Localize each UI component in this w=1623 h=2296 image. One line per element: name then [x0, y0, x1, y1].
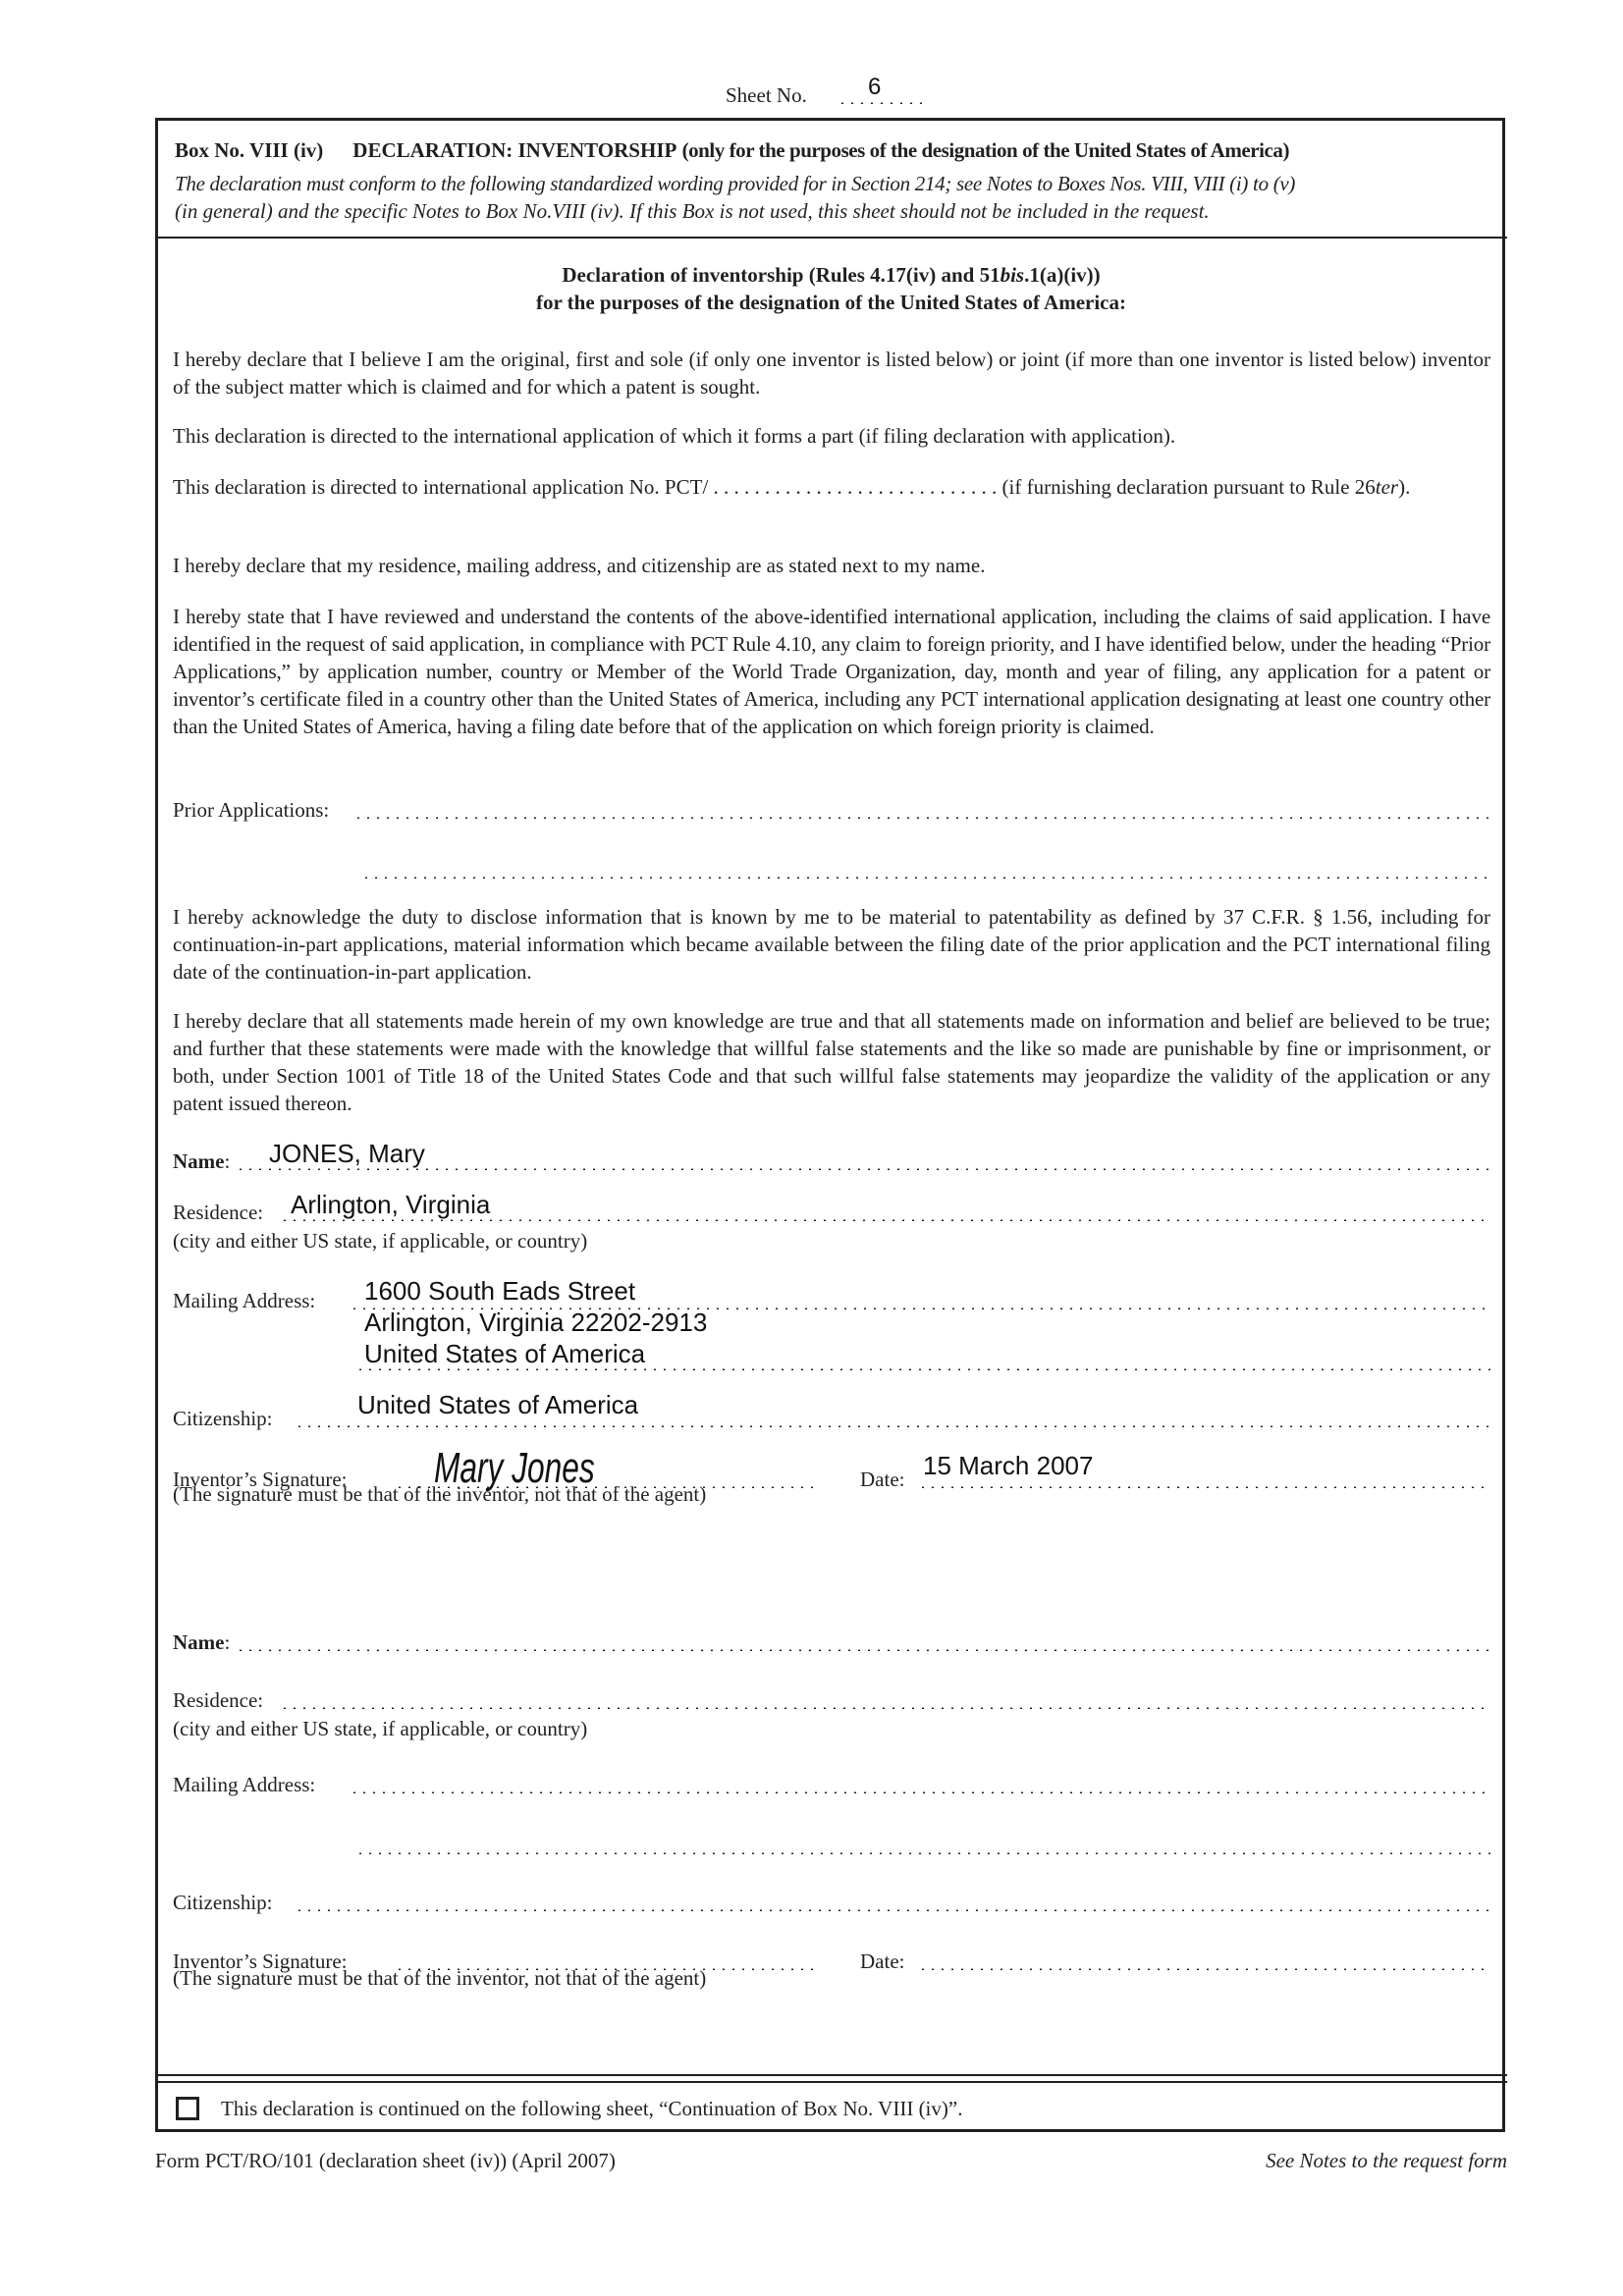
inventor-2-date-label: Date: [860, 1949, 906, 1974]
form-identifier: Form PCT/RO/101 (declaration sheet (iv))… [155, 2148, 616, 2173]
box-instructions-line-2: (in general) and the specific Notes to B… [175, 197, 1490, 225]
inventor-1-residence-label: Residence: [173, 1200, 265, 1225]
inventor-1-name-field[interactable]: JONES, Mary [269, 1139, 425, 1168]
inventor-2-mailing-line-2[interactable] [364, 1796, 1484, 1826]
inventor-2-date-field[interactable] [923, 1939, 1483, 1968]
inventor-2-residence-leader [280, 1707, 1490, 1709]
box-header: Box No. VIII (iv)DECLARATION: INVENTORSH… [175, 137, 1490, 163]
inventor-1-mailing-line-1[interactable]: 1600 South Eads Street [364, 1276, 635, 1306]
declaration-heading-line-2: for the purposes of the designation of t… [157, 289, 1505, 316]
sheet-number-leader [838, 102, 922, 104]
sheet-number-value[interactable]: 6 [868, 75, 881, 100]
inventor-2-mailing-leader-1 [350, 1791, 1490, 1793]
declaration-heading-line-1: Declaration of inventorship (Rules 4.17(… [157, 261, 1505, 289]
inventor-1-date-label: Date: [860, 1467, 906, 1492]
paragraph-directed-to-pct: This declaration is directed to internat… [173, 473, 1490, 501]
continuation-divider-bottom [155, 2081, 1507, 2083]
inventor-1-mailing-label: Mailing Address: [173, 1288, 317, 1313]
paragraph-directed-to-application: This declaration is directed to the inte… [173, 422, 1490, 450]
inventor-1-citizenship-field[interactable]: United States of America [357, 1390, 638, 1419]
inventor-1-citizenship-label: Citizenship: [173, 1406, 275, 1431]
box-instructions-line-1: The declaration must conform to the foll… [175, 170, 1490, 197]
inventor-1-citizenship-leader [295, 1425, 1490, 1427]
paragraph-inventorship: I hereby declare that I believe I am the… [173, 346, 1490, 400]
paragraph-reviewed-application: I hereby state that I have reviewed and … [173, 603, 1490, 740]
inventor-2-signature-hint: (The signature must be that of the inven… [173, 1964, 706, 1992]
box-instructions: The declaration must conform to the foll… [175, 170, 1490, 225]
inventor-1-name-leader [236, 1168, 1490, 1170]
box-title-qualifier: (only for the purposes of the designatio… [682, 138, 1289, 162]
continuation-checkbox[interactable] [176, 2097, 199, 2120]
inventor-1-date-leader [918, 1486, 1490, 1488]
sheet-number-label: Sheet No. [726, 83, 807, 107]
inventor-1-date-field[interactable]: 15 March 2007 [923, 1451, 1093, 1480]
inventor-2-residence-hint: (city and either US state, if applicable… [173, 1715, 587, 1742]
inventor-2-citizenship-field[interactable] [357, 1880, 1487, 1909]
inventor-2-mailing-line-1[interactable] [364, 1762, 1484, 1791]
inventor-2-mailing-line-3[interactable] [364, 1826, 1484, 1855]
prior-applications-field-2[interactable] [361, 850, 1490, 880]
inventor-2-name-label: Name: [173, 1629, 232, 1655]
paragraph-statements-true: I hereby declare that all statements mad… [173, 1007, 1490, 1117]
notes-reference: See Notes to the request form [1016, 2148, 1507, 2173]
header-divider [155, 237, 1507, 239]
inventor-1-residence-field[interactable]: Arlington, Virginia [291, 1190, 490, 1219]
inventor-2-name-leader [236, 1649, 1490, 1651]
inventor-2-citizenship-leader [295, 1909, 1490, 1911]
inventor-2-date-leader [918, 1968, 1490, 1970]
inventor-2-residence-field[interactable] [291, 1678, 1488, 1707]
inventor-1-name-label: Name: [173, 1148, 232, 1174]
continuation-label: This declaration is continued on the fol… [221, 2095, 962, 2122]
paragraph-duty-to-disclose: I hereby acknowledge the duty to disclos… [173, 903, 1490, 986]
inventor-1-signature-hint: (The signature must be that of the inven… [173, 1480, 706, 1508]
paragraph-residence-statement: I hereby declare that my residence, mail… [173, 552, 1490, 579]
inventor-1-residence-hint: (city and either US state, if applicable… [173, 1227, 587, 1255]
continuation-divider-top [155, 2074, 1507, 2076]
box-number: Box No. VIII (iv) [175, 138, 323, 162]
inventor-1-mailing-leader-2 [355, 1368, 1490, 1370]
inventor-1-mailing-line-3[interactable]: United States of America [364, 1339, 649, 1368]
inventor-2-residence-label: Residence: [173, 1687, 265, 1713]
sheet-number: Sheet No. [726, 82, 807, 108]
inventor-2-name-field[interactable] [269, 1620, 1487, 1649]
box-title: DECLARATION: INVENTORSHIP [352, 138, 676, 162]
inventor-2-citizenship-label: Citizenship: [173, 1890, 275, 1915]
prior-applications-label: Prior Applications: [173, 797, 331, 823]
pct-number-field[interactable]: . . . . . . . . . . . . . . . . . . . . … [708, 475, 1001, 499]
prior-applications-field[interactable] [363, 791, 1483, 821]
inventor-2-mailing-label: Mailing Address: [173, 1772, 317, 1797]
declaration-heading: Declaration of inventorship (Rules 4.17(… [157, 261, 1505, 316]
inventor-1-mailing-line-2[interactable]: Arlington, Virginia 22202-2913 [364, 1308, 707, 1337]
inventor-1-residence-leader [280, 1219, 1490, 1221]
